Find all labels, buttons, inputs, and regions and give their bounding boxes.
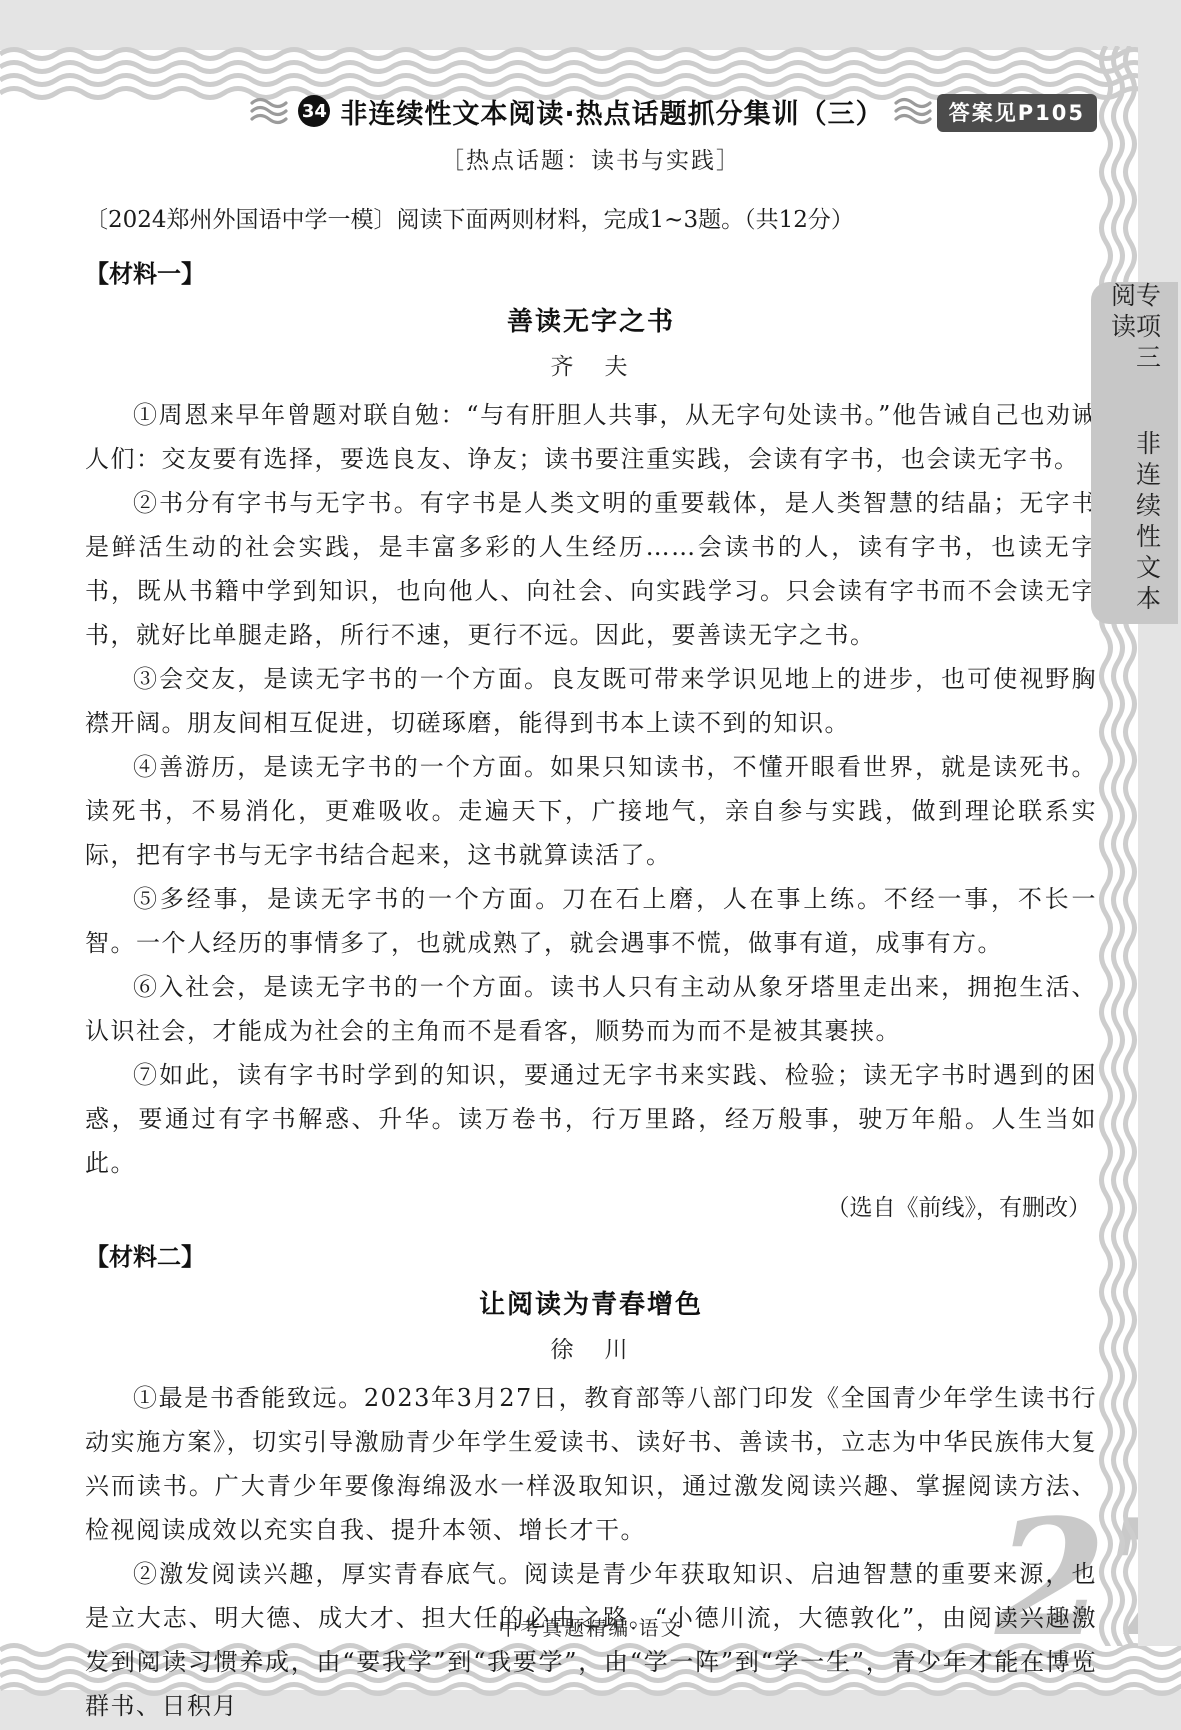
material2-author: 徐 川 (85, 1331, 1097, 1364)
material2-label: 【材料二】 (85, 1237, 1097, 1272)
sidebar-unit-tab: 专项三 非连续性文本阅读 (1091, 282, 1178, 624)
paragraph: ④善游历，是读无字书的一个方面。如果只知读书，不懂开眼看世界，就是读死书。读死书… (85, 745, 1097, 877)
intro-instruction: 阅读下面两则材料，完成1~3题。（共12分） (397, 207, 854, 233)
wave-icon (894, 97, 932, 125)
paragraph: ②书分有字书与无字书。有字书是人类文明的重要载体，是人类智慧的结晶；无字书是鲜活… (85, 481, 1097, 657)
paragraph: ⑥入社会，是读无字书的一个方面。读书人只有主动从象牙塔里走出来，拥抱生活、认识社… (85, 965, 1097, 1053)
answer-reference-badge: 答案见P105 (937, 94, 1097, 132)
main-content: 34 非连续性文本阅读·热点话题抓分集训（三） 答案见P105 ［热点话题：读书… (85, 88, 1097, 1728)
page-header: 34 非连续性文本阅读·热点话题抓分集训（三） 答案见P105 (85, 88, 1097, 134)
page-title: 非连续性文本阅读·热点话题抓分集训（三） (340, 92, 883, 131)
paragraph: ③会交友，是读无字书的一个方面。良友既可带来学识见地上的进步，也可使视野胸襟开阔… (85, 657, 1097, 745)
material1-body: ①周恩来早年曾题对联自勉：“与有肝胆人共事，从无字句处读书。”他告诫自己也劝诫人… (85, 393, 1097, 1185)
paragraph: ⑤多经事，是读无字书的一个方面。刀在石上磨，人在事上练。不经一事，不长一智。一个… (85, 877, 1097, 965)
topic-line: ［热点话题：读书与实践］ (85, 142, 1097, 175)
paragraph: ⑦如此，读有字书时学到的知识，要通过无字书来实践、检验；读无字书时遇到的困惑，要… (85, 1053, 1097, 1185)
material1-author: 齐 夫 (85, 348, 1097, 381)
sidebar-unit-label: 专项三 (1133, 282, 1162, 375)
material1-label: 【材料一】 (85, 254, 1097, 289)
material2-body: ①最是书香能致远。2023年3月27日，教育部等八部门印发《全国青少年学生读书行… (85, 1376, 1097, 1728)
book-page: 27 专项三 非连续性文本阅读 (0, 0, 1181, 1730)
wave-icon (250, 97, 288, 125)
paragraph: ①最是书香能致远。2023年3月27日，教育部等八部门印发《全国青少年学生读书行… (85, 1376, 1097, 1552)
lesson-number-badge: 34 (298, 95, 330, 127)
material1-source-note: （选自《前线》，有删改） (85, 1185, 1097, 1231)
paragraph: ①周恩来早年曾题对联自勉：“与有肝胆人共事，从无字句处读书。”他告诫自己也劝诫人… (85, 393, 1097, 481)
exam-intro-line: 〔2024郑州外国语中学一模〕阅读下面两则材料，完成1~3题。（共12分） (85, 201, 1097, 234)
material1-section: 【材料一】 善读无字之书 齐 夫 ①周恩来早年曾题对联自勉：“与有肝胆人共事，从… (85, 254, 1097, 1231)
material2-section: 【材料二】 让阅读为青春增色 徐 川 ①最是书香能致远。2023年3月27日，教… (85, 1237, 1097, 1728)
intro-source-tag: 〔2024郑州外国语中学一模〕 (85, 207, 397, 233)
material1-title: 善读无字之书 (85, 301, 1097, 338)
material2-title: 让阅读为青春增色 (85, 1284, 1097, 1321)
footer-book-title: 中考真题精编·语文 (0, 1612, 1181, 1641)
